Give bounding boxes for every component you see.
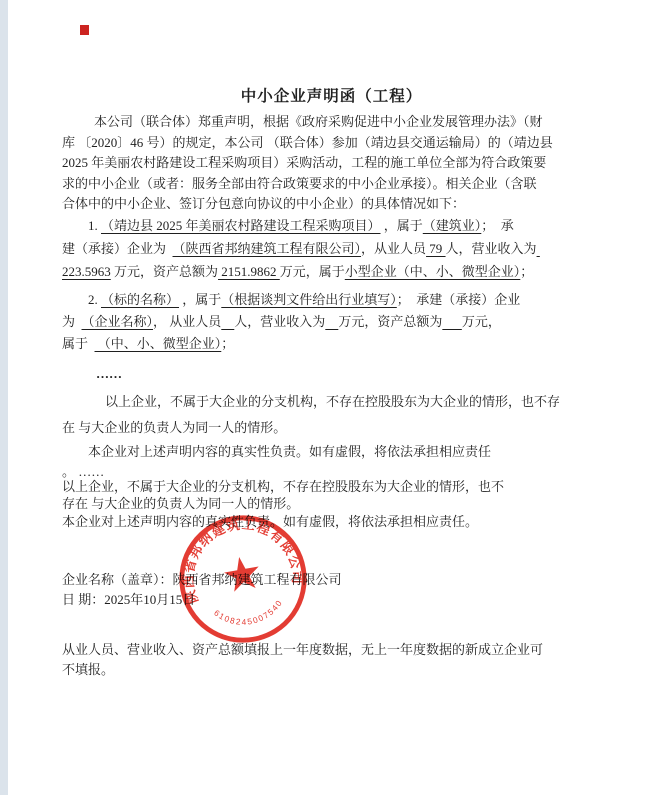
- text-line: 不填报。: [62, 660, 602, 680]
- text-line: 从业人员、营业收入、资产总额填报上一年度数据，无上一年度数据的新成立企业可: [62, 640, 602, 660]
- text-line: 为 （企业名称）， 从业人员 人，营业收入为 万元，资产总额为 万元，: [62, 311, 602, 333]
- date-line: 日 期：2025年10月15日: [62, 590, 602, 610]
- item-2-template: 2. （标的名称） ，属于（根据谈判文件给出行业填写）； 承建（承接）企业为 （…: [62, 289, 602, 354]
- text-line: 223.5963 万元，资产总额为 2151.9862 万元，属于小型企业（中、…: [62, 260, 602, 283]
- footnote: 从业人员、营业收入、资产总额填报上一年度数据，无上一年度数据的新成立企业可不填报…: [62, 640, 602, 681]
- text-line: 本企业对上述声明内容的真实性负责。如有虚假，将依法承担相应责任。: [62, 513, 602, 530]
- seal-company-text: 陕西省邦纳建筑工程有限公司: [170, 506, 308, 606]
- company-seal: 陕西省邦纳建筑工程有限公司 6108245007540: [164, 500, 322, 658]
- document-page: 中小企业声明函（工程） 本公司（联合体）郑重声明，根据《政府采购促进中小企业发展…: [0, 0, 663, 795]
- company-name-line: 企业名称（盖章）：陕西省邦纳建筑工程有限公司: [62, 570, 602, 590]
- page-edge-strip: [0, 0, 8, 795]
- red-annotation-mark-icon: [80, 25, 89, 35]
- lower-declaration: 以上企业，不属于大企业的分支机构，不存在控股股东为大企业的情形，也不存在 与大企…: [62, 478, 602, 530]
- text-line: 本公司（联合体）郑重声明，根据《政府采购促进中小企业发展管理办法》（财: [62, 112, 602, 133]
- document-title: 中小企业声明函（工程）: [0, 84, 663, 106]
- text-line: 以上企业，不属于大企业的分支机构，不存在控股股东为大企业的情形，也不: [62, 478, 602, 495]
- seal-number-text: 6108245007540: [211, 597, 287, 633]
- intro-paragraph: 本公司（联合体）郑重声明，根据《政府采购促进中小企业发展管理办法》（财库 〔20…: [62, 112, 602, 215]
- svg-text:陕西省邦纳建筑工程有限公司: 陕西省邦纳建筑工程有限公司: [170, 506, 308, 606]
- text-line: 属于 （中、小、微型企业）；: [62, 333, 602, 355]
- signature-block: 企业名称（盖章）：陕西省邦纳建筑工程有限公司 日 期：2025年10月15日: [62, 570, 602, 609]
- text-line: 2025 年美丽农村路建设工程采购项目）采购活动，工程的施工单位全部为符合政策要: [62, 153, 602, 174]
- text-line: 库 〔2020〕46 号）的规定，本公司 （联合体）参加（靖边县交通运输局）的（…: [62, 133, 602, 154]
- ellipsis: ……: [62, 366, 602, 382]
- responsibility-statement: 本企业对上述声明内容的真实性负责。如有虚假，将依法承担相应责任: [62, 441, 602, 460]
- text-line: 2. （标的名称） ，属于（根据谈判文件给出行业填写）； 承建（承接）企业: [62, 289, 602, 311]
- item-1-project: 1. （靖边县 2025 年美丽农村路建设工程采购项目） ，属于（建筑业）； 承…: [62, 214, 602, 284]
- seal-star-icon: [222, 554, 262, 593]
- text-line: 建（承接）企业为 （陕西省邦纳建筑工程有限公司），从业人员 79 人，营业收入为: [62, 237, 602, 260]
- text-line: 在 与大企业的负责人为同一人的情形。: [62, 415, 602, 441]
- text-line: 求的中小企业（或者：服务全部由符合政策要求的中小企业承接）。相关企业（含联: [62, 174, 602, 195]
- text-line: 存在 与大企业的负责人为同一人的情形。: [62, 495, 602, 512]
- svg-text:6108245007540: 6108245007540: [211, 597, 287, 633]
- upper-declaration: 以上企业，不属于大企业的分支机构，不存在控股股东为大企业的情形，也不存在 与大企…: [62, 389, 602, 440]
- text-line: 1. （靖边县 2025 年美丽农村路建设工程采购项目） ，属于（建筑业）； 承: [62, 214, 602, 237]
- text-line: 合体中的中小企业、签订分包意向协议的中小企业）的具体情况如下：: [62, 194, 602, 215]
- text-line: 以上企业，不属于大企业的分支机构，不存在控股股东为大企业的情形，也不存: [62, 389, 602, 415]
